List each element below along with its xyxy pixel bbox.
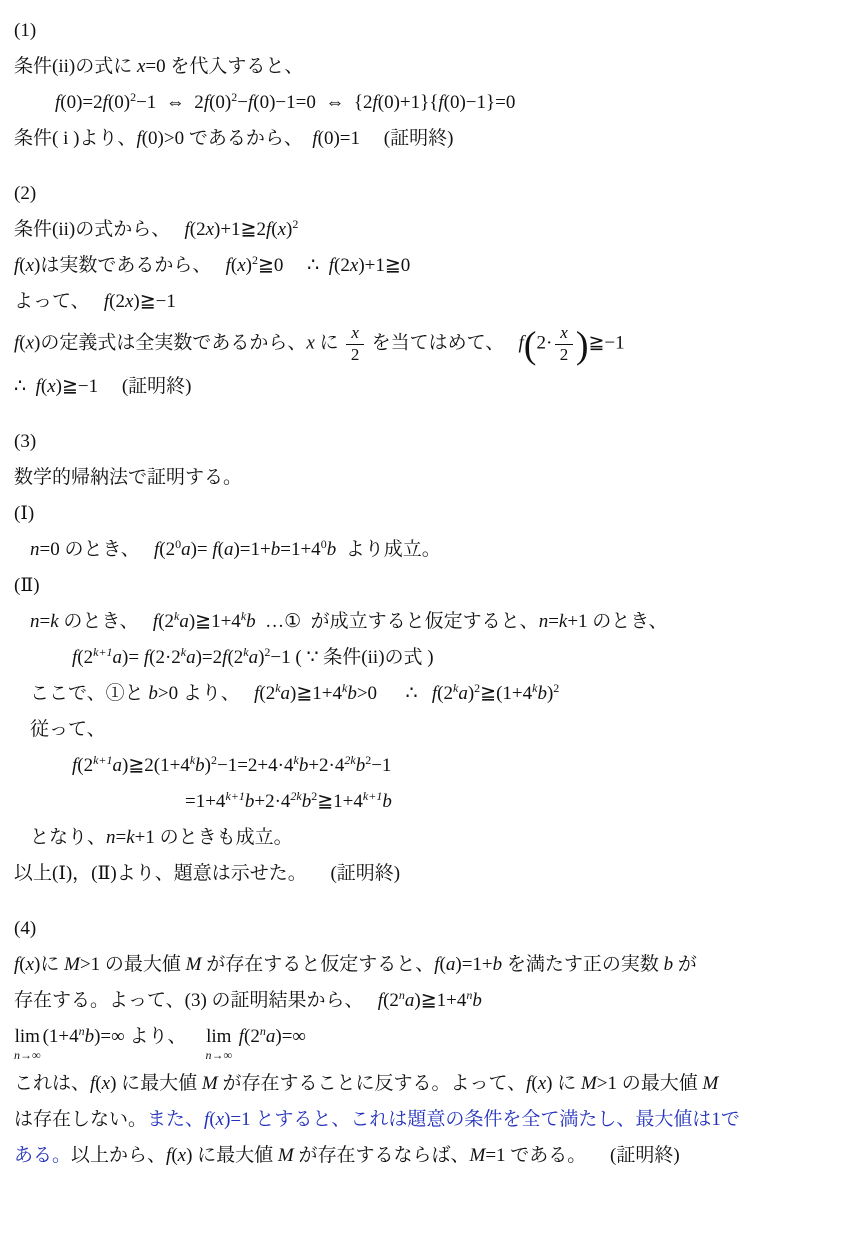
superscript-exponent: 2	[292, 217, 298, 231]
text-run: (2	[383, 990, 399, 1011]
big-paren: (	[524, 325, 537, 367]
superscript-exponent: k	[293, 753, 298, 767]
text-run: これは、	[14, 1073, 90, 1094]
text-run: (0)=1 (証明終)	[318, 128, 454, 149]
text-run: 条件(ii)の式から、	[14, 219, 184, 240]
superscript-exponent: 2k	[344, 753, 355, 767]
text-run: −1 ( ∵ 条件(ii)の式 )	[270, 647, 433, 668]
text-run: (2	[244, 1026, 260, 1047]
superscript-exponent: k	[241, 609, 246, 623]
superscript-exponent: k	[243, 645, 248, 659]
highlight-text: )=1 とすると、これは題意の条件を全て満たし、最大値は1で	[224, 1109, 740, 1130]
text-run: )≧1+4	[414, 990, 466, 1011]
superscript-exponent: k+1	[93, 753, 112, 767]
formula-line: f(2k+1a)= f(2·2ka)=2f(2ka)2−1 ( ∵ 条件(ii)…	[72, 644, 841, 671]
text-run: (3)	[14, 431, 36, 452]
text-run: (2	[77, 755, 93, 776]
superscript-exponent: k	[532, 681, 537, 695]
superscript-exponent: k+1	[225, 789, 244, 803]
superscript-exponent: 0	[175, 537, 181, 551]
text-run: (4)	[14, 918, 36, 939]
math-variable: b	[246, 611, 256, 632]
text-run: 存在する。よって、(3) の証明結果から、	[14, 990, 378, 1011]
text-run: )=∞ より、	[94, 1026, 205, 1047]
big-paren: )	[576, 325, 589, 367]
superscript-exponent: 2	[365, 753, 371, 767]
fraction-denominator: 2	[346, 345, 364, 365]
text-run: (2)	[14, 183, 36, 204]
superscript-exponent: 0	[321, 537, 327, 551]
proof-document: (1)条件(ii)の式に x=0 を代入すると、f(0)=2f(0)2−1 ⇔ …	[0, 0, 855, 1243]
text-run: )=∞	[275, 1026, 306, 1047]
text-run: よって、	[14, 291, 104, 312]
text-run: +1 のときも成立。	[135, 827, 293, 848]
superscript-exponent: k	[174, 609, 179, 623]
text-run: ) に	[546, 1073, 581, 1094]
superscript-exponent: k	[275, 681, 280, 695]
text-line: 条件(ii)の式から、 f(2x)+1≧2f(x)2	[14, 216, 841, 243]
math-variable: a	[405, 990, 415, 1011]
text-run: =1+4	[185, 791, 225, 812]
math-variable: b	[271, 539, 281, 560]
superscript-exponent: 2	[264, 645, 270, 659]
text-run: )≧2(1+4	[122, 755, 190, 776]
math-variable: b	[664, 954, 674, 975]
section-label: (2)	[14, 180, 841, 207]
text-run: +2·4	[254, 791, 290, 812]
text-run: )=1+	[233, 539, 270, 560]
text-run: =	[116, 827, 127, 848]
math-variable: x	[102, 1073, 110, 1094]
math-variable: M	[186, 954, 202, 975]
math-variable: k	[126, 827, 134, 848]
text-run: =	[548, 611, 559, 632]
text-line: となり、n=k+1 のときも成立。	[30, 824, 841, 851]
superscript-exponent: k+1	[363, 789, 382, 803]
superscript-exponent: 2	[231, 90, 237, 104]
text-run: ≧−1	[588, 333, 624, 354]
text-run: (2	[190, 219, 206, 240]
superscript-exponent: k	[453, 681, 458, 695]
text-run: が存在すると仮定すると、	[202, 954, 435, 975]
fraction: x2	[346, 324, 364, 364]
solution-section-part-4: (4)f(x)に M>1 の最大値 M が存在すると仮定すると、f(a)=1+b…	[14, 915, 841, 1169]
highlight-text: ある。	[14, 1145, 71, 1166]
text-run: −1 ⇔ 2	[136, 92, 204, 113]
text-run: )の定義式は全実数であるから、	[34, 333, 306, 354]
math-variable: b	[356, 755, 366, 776]
text-run: (0)	[209, 92, 231, 113]
limit-notation: limn→∞	[14, 1026, 41, 1061]
text-run: 条件(ii)の式に	[14, 56, 137, 77]
limit-notation: limn→∞	[205, 1026, 232, 1061]
section-label: (4)	[14, 915, 841, 942]
text-run: −1	[371, 755, 391, 776]
text-line: f(x)の定義式は全実数であるから、x に x2 を当てはめて、 f(2·x2)…	[14, 324, 841, 364]
text-line: n=0 のとき、 f(20a)= f(a)=1+b=1+40b より成立。	[30, 536, 841, 563]
text-run: =	[40, 611, 51, 632]
text-run: (0)>0 であるから、	[142, 128, 313, 149]
text-run: (0)=2	[60, 92, 102, 113]
superscript-exponent: 2	[211, 753, 217, 767]
math-variable: a	[179, 611, 189, 632]
math-variable: a	[113, 755, 123, 776]
math-variable: M	[470, 1145, 486, 1166]
text-run: =1 である。 (証明終)	[485, 1145, 679, 1166]
fraction-numerator: x	[555, 324, 573, 345]
math-variable: a	[113, 647, 123, 668]
text-line: 条件(ii)の式に x=0 を代入すると、	[14, 53, 841, 80]
text-run: を当てはめて、	[367, 333, 519, 354]
text-run: となり、	[30, 827, 106, 848]
text-run: =0 を代入すると、	[145, 56, 303, 77]
text-run: (2	[437, 683, 453, 704]
limit-operator: lim	[205, 1026, 232, 1048]
case-label: (Ⅱ)	[14, 572, 841, 599]
math-variable: x	[237, 255, 245, 276]
math-variable: x	[178, 1145, 186, 1166]
math-variable: b	[493, 954, 503, 975]
math-variable: M	[278, 1145, 294, 1166]
text-run: (1)	[14, 20, 36, 41]
math-variable: b	[537, 683, 547, 704]
math-variable: x	[538, 1073, 546, 1094]
text-run: ∴	[14, 376, 36, 397]
text-run: =1+4	[280, 539, 320, 560]
text-run: のとき、	[59, 611, 153, 632]
math-variable: x	[206, 219, 214, 240]
math-variable: x	[26, 333, 34, 354]
text-line: f(x)に M>1 の最大値 M が存在すると仮定すると、f(a)=1+b を満…	[14, 951, 841, 978]
math-variable: x	[26, 255, 34, 276]
math-variable: a	[186, 647, 196, 668]
superscript-exponent: n	[466, 988, 472, 1002]
text-run: )=1+	[455, 954, 492, 975]
text-run: が存在するならば、	[294, 1145, 470, 1166]
text-run: >0 ∴	[357, 683, 432, 704]
superscript-exponent: n	[260, 1024, 266, 1038]
text-run: 従って、	[30, 719, 106, 740]
text-run: >0 より、	[158, 683, 254, 704]
limit-subscript: n→∞	[14, 1049, 41, 1061]
text-run: )=	[191, 539, 213, 560]
math-variable: b	[347, 683, 357, 704]
text-run: )+1≧2	[214, 219, 266, 240]
superscript-exponent: k	[181, 645, 186, 659]
text-run: 条件( i )より、	[14, 128, 136, 149]
formula-line: f(0)=2f(0)2−1 ⇔ 2f(0)2−f(0)−1=0 ⇔ {2f(0)…	[55, 89, 841, 116]
text-run: を満たす正の実数	[502, 954, 664, 975]
text-run: (0)+1}{	[378, 92, 439, 113]
formula-line: =1+4k+1b+2·42kb2≧1+4k+1b	[185, 788, 841, 815]
math-variable: x	[26, 954, 34, 975]
text-run: =0 のとき、	[40, 539, 154, 560]
formula-line: limn→∞(1+4nb)=∞ より、 limn→∞ f(2na)=∞	[14, 1023, 841, 1061]
math-variable: n	[106, 827, 116, 848]
text-run: (2	[259, 683, 275, 704]
math-variable: k	[50, 611, 58, 632]
highlight-math-variable: x	[216, 1109, 224, 1130]
text-run: ) に最大値	[110, 1073, 202, 1094]
math-variable: b	[195, 755, 205, 776]
superscript-exponent: 2	[311, 789, 317, 803]
text-run: ≧(1+4	[480, 683, 532, 704]
text-run: (0)	[108, 92, 130, 113]
text-run: 以上から、	[71, 1145, 166, 1166]
fraction-numerator: x	[346, 324, 364, 345]
text-line: 以上(Ⅰ)，(Ⅱ)より、題意は示せた。 (証明終)	[14, 860, 841, 887]
text-run: ここで、①と	[30, 683, 148, 704]
text-run: 以上(Ⅰ)，(Ⅱ)より、題意は示せた。 (証明終)	[14, 863, 400, 884]
superscript-exponent: k	[190, 753, 195, 767]
math-variable: M	[202, 1073, 218, 1094]
math-variable: a	[458, 683, 468, 704]
math-variable: x	[47, 376, 55, 397]
text-run: )≧1+4	[290, 683, 342, 704]
text-run: )は実数であるから、	[34, 255, 226, 276]
math-variable: b	[327, 539, 337, 560]
math-variable: b	[382, 791, 392, 812]
superscript-exponent: 2	[553, 681, 559, 695]
text-run: )≧−1	[133, 291, 175, 312]
solution-section-part-2: (2)条件(ii)の式から、 f(2x)+1≧2f(x)2f(x)は実数であるか…	[14, 180, 841, 400]
superscript-exponent: 2	[474, 681, 480, 695]
text-run: が	[673, 954, 697, 975]
superscript-exponent: 2	[130, 90, 136, 104]
fraction-denominator: 2	[555, 345, 573, 365]
text-run: …① が成立すると仮定すると、	[256, 611, 539, 632]
text-run: 数学的帰納法で証明する。	[14, 467, 242, 488]
text-line: ある。以上から、f(x) に最大値 M が存在するならば、M=1 である。 (証…	[14, 1142, 841, 1169]
superscript-exponent: k+1	[93, 645, 112, 659]
text-line: ここで、①と b>0 より、 f(2ka)≧1+4kb>0 ∴ f(2ka)2≧…	[30, 680, 841, 707]
text-line: n=k のとき、 f(2ka)≧1+4kb …① が成立すると仮定すると、n=k…	[30, 608, 841, 635]
math-variable: n	[30, 611, 40, 632]
text-run: −	[237, 92, 248, 113]
text-run: (2	[158, 611, 174, 632]
text-line: 条件( i )より、f(0)>0 であるから、 f(0)=1 (証明終)	[14, 125, 841, 152]
text-run: (2·2	[149, 647, 181, 668]
text-run: 2·	[536, 333, 552, 354]
text-run: (0)−1=0 ⇔ {2	[253, 92, 372, 113]
superscript-exponent: k	[342, 681, 347, 695]
solution-section-part-1: (1)条件(ii)の式に x=0 を代入すると、f(0)=2f(0)2−1 ⇔ …	[14, 17, 841, 152]
math-variable: n	[30, 539, 40, 560]
text-run: )+1≧0	[358, 255, 410, 276]
text-run: は存在しない。	[14, 1109, 147, 1130]
math-variable: n	[539, 611, 549, 632]
text-run: より成立。	[336, 539, 441, 560]
text-run: )に	[34, 954, 64, 975]
text-run: (2	[77, 647, 93, 668]
limit-operator: lim	[14, 1026, 41, 1048]
math-variable: M	[581, 1073, 597, 1094]
math-variable: x	[306, 333, 314, 354]
superscript-exponent: n	[79, 1024, 85, 1038]
math-variable: M	[703, 1073, 719, 1094]
text-run: (1+4	[43, 1026, 79, 1047]
text-line: f(x)は実数であるから、 f(x)2≧0 ∴ f(2x)+1≧0	[14, 252, 841, 279]
math-variable: a	[181, 539, 191, 560]
text-run: (0)−1}=0	[444, 92, 516, 113]
text-run: に	[315, 333, 344, 354]
section-label: (1)	[14, 17, 841, 44]
text-run: >1 の最大値	[597, 1073, 703, 1094]
case-label: (Ⅰ)	[14, 500, 841, 527]
text-line: これは、f(x) に最大値 M が存在することに反する。よって、f(x) に M…	[14, 1070, 841, 1097]
text-run: −1=2+4·4	[217, 755, 293, 776]
math-variable: x	[278, 219, 286, 240]
text-line: は存在しない。また、f(x)=1 とすると、これは題意の条件を全て満たし、最大値…	[14, 1106, 841, 1133]
math-variable: a	[249, 647, 259, 668]
math-variable: a	[281, 683, 291, 704]
math-variable: b	[148, 683, 158, 704]
text-line: よって、 f(2x)≧−1	[14, 288, 841, 315]
text-run: が存在することに反する。よって、	[218, 1073, 526, 1094]
text-run: +2·4	[308, 755, 344, 776]
math-variable: M	[64, 954, 80, 975]
text-run: ) に最大値	[186, 1145, 278, 1166]
math-variable: b	[472, 990, 482, 1011]
formula-line: f(2k+1a)≧2(1+4kb)2−1=2+4·4kb+2·42kb2−1	[72, 752, 841, 779]
solution-section-part-3: (3)数学的帰納法で証明する。(Ⅰ)n=0 のとき、 f(20a)= f(a)=…	[14, 428, 841, 887]
math-variable: b	[299, 755, 309, 776]
text-run: +1 のとき、	[567, 611, 667, 632]
math-variable: a	[266, 1026, 276, 1047]
highlight-text: また、	[147, 1109, 204, 1130]
text-line: 存在する。よって、(3) の証明結果から、 f(2na)≧1+4nb	[14, 987, 841, 1014]
limit-subscript: n→∞	[205, 1049, 232, 1061]
text-run: ≧1+4	[317, 791, 363, 812]
text-run: (Ⅰ)	[14, 503, 34, 524]
fraction: x2	[555, 324, 573, 364]
math-variable: b	[302, 791, 312, 812]
text-run: )≧−1 (証明終)	[56, 376, 192, 397]
text-run: ≧0 ∴	[258, 255, 329, 276]
text-run: (2	[334, 255, 350, 276]
math-variable: b	[245, 791, 255, 812]
section-label: (3)	[14, 428, 841, 455]
text-run: >1 の最大値	[80, 954, 186, 975]
text-run: (Ⅱ)	[14, 575, 40, 596]
superscript-exponent: 2k	[290, 789, 301, 803]
text-line: ∴ f(x)≧−1 (証明終)	[14, 373, 841, 400]
text-run: (2	[227, 647, 243, 668]
text-run: (2	[159, 539, 175, 560]
text-line: 従って、	[30, 716, 841, 743]
text-run: (2	[109, 291, 125, 312]
text-run: )=	[122, 647, 144, 668]
math-variable: b	[85, 1026, 95, 1047]
superscript-exponent: 2	[252, 253, 258, 267]
text-run: )=2	[196, 647, 223, 668]
superscript-exponent: n	[399, 988, 405, 1002]
text-run: )≧1+4	[189, 611, 241, 632]
text-line: 数学的帰納法で証明する。	[14, 464, 841, 491]
math-variable: a	[446, 954, 456, 975]
